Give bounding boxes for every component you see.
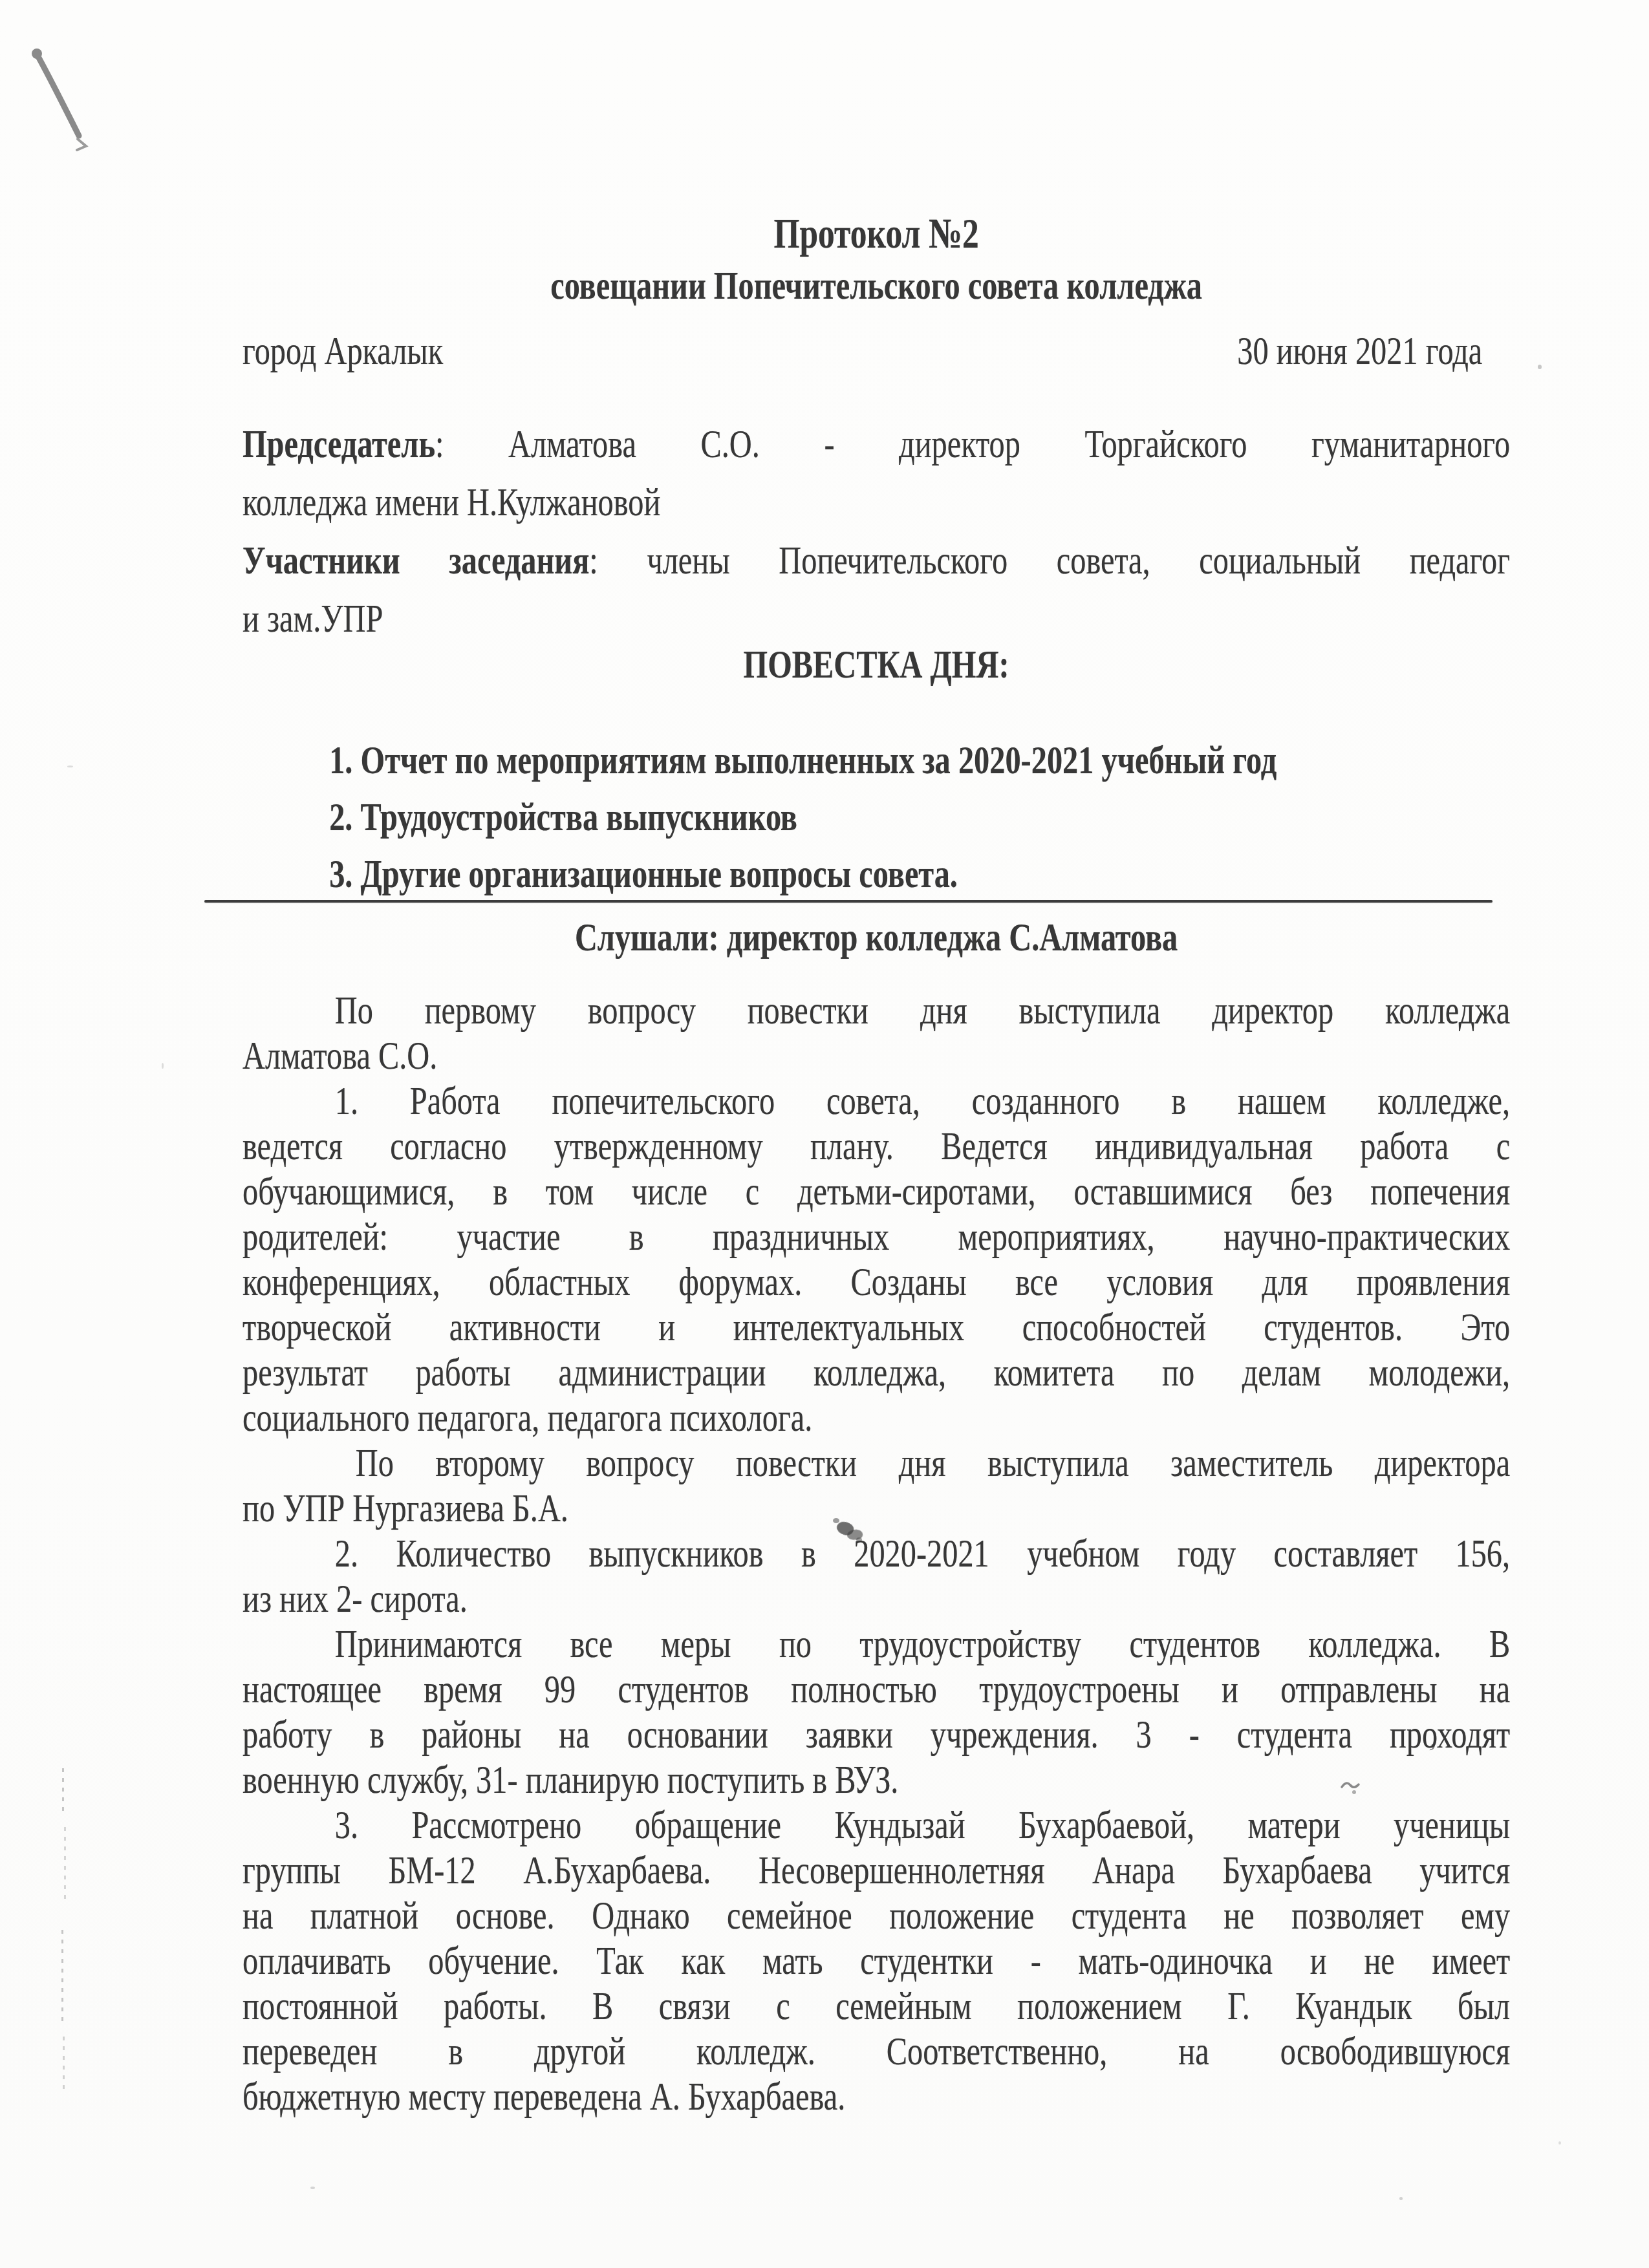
chair-line: Председатель: Алматова С.О. - директор Т… (242, 415, 1510, 473)
body-line: конференциях, областных форумах. Созданы… (242, 1259, 1510, 1305)
body-line: творческой активности и интелектуальных … (242, 1305, 1510, 1350)
chair-line-2: колледжа имени Н.Кулжановой (242, 473, 1510, 531)
scan-speck (67, 765, 73, 767)
agenda-item: 2. Трудоустройства выпускников (242, 789, 1510, 846)
body-line: 3. Рассмотрено обращение Кундызай Бухарб… (242, 1803, 1510, 1848)
body-text: По первому вопросу повестки дня выступил… (242, 988, 1510, 2119)
body-line: социального педагога, педагога психолога… (242, 1395, 1510, 1440)
city-date-row: город Аркалык 30 июня 2021 года (242, 328, 1510, 374)
agenda-list: 1. Отчет по мероприятиям выполненных за … (242, 732, 1510, 903)
participants-text: : члены Попечительского совета, социальн… (589, 539, 1510, 583)
scan-speck (1558, 2141, 1561, 2145)
body-line: Принимаются все меры по трудоустройству … (242, 1621, 1510, 1667)
scanned-document-page: ’ Протокол №2 совещании Попечительского … (0, 0, 1649, 2268)
body-line: группы БМ-12 А.Бухарбаева. Несовершеннол… (242, 1848, 1510, 1893)
body-line: результат работы администрации колледжа,… (242, 1350, 1510, 1395)
date-label: 30 июня 2021 года (1237, 328, 1510, 374)
body-line: работу в районы на основании заявки учре… (242, 1712, 1510, 1757)
body-line: 2. Количество выпускников в 2020-2021 уч… (242, 1531, 1510, 1576)
body-line: военную службу, 31- планирую поступить в… (242, 1757, 1510, 1803)
body-line: Алматова С.О. (242, 1033, 1510, 1078)
scan-streak (64, 1827, 66, 1905)
document-content: Протокол №2 совещании Попечительского со… (242, 0, 1510, 2268)
scan-streak (61, 1930, 63, 2027)
chair-text: : Алматова С.О. - директор Торгайского г… (435, 422, 1510, 466)
body-line: ведется согласно утвержденному плану. Ве… (242, 1124, 1510, 1169)
body-line: по УПР Нургазиева Б.А. (242, 1486, 1510, 1531)
agenda-item: 1. Отчет по мероприятиям выполненных за … (242, 732, 1510, 789)
body-line: обучающимися, в том числе с детьми-сирот… (242, 1169, 1510, 1214)
scan-streak (63, 2037, 65, 2092)
body-line: настоящее время 99 студентов полностью т… (242, 1667, 1510, 1712)
listened-heading: Слушали: директор колледжа С.Алматова (242, 913, 1510, 962)
body-line: По второму вопросу повестки дня выступил… (242, 1440, 1510, 1486)
document-title: Протокол №2 (242, 208, 1510, 260)
participants-line: Участники заседания: члены Попечительско… (242, 531, 1510, 590)
document-subtitle: совещании Попечительского совета колледж… (242, 260, 1510, 312)
body-line: постоянной работы. В связи с семейным по… (242, 1984, 1510, 2029)
scan-streak (62, 1768, 64, 1811)
body-line: По первому вопросу повестки дня выступил… (242, 988, 1510, 1033)
scan-speck (162, 1063, 164, 1069)
body-line: оплачивать обучение. Так как мать студен… (242, 1938, 1510, 1984)
city-label: город Аркалык (242, 328, 443, 374)
body-line: родителей: участие в праздничных меропри… (242, 1214, 1510, 1259)
participants-label: Участники заседания (242, 539, 589, 583)
body-line: переведен в другой колледж. Соответствен… (242, 2029, 1510, 2074)
body-line: 1. Работа попечительского совета, создан… (242, 1078, 1510, 1124)
scan-speck (1538, 365, 1542, 369)
agenda-heading: ПОВЕСТКА ДНЯ: (242, 639, 1510, 690)
pen-mark (26, 40, 103, 160)
body-line: из них 2- сирота. (242, 1576, 1510, 1621)
body-line: на платной основе. Однако семейное полож… (242, 1893, 1510, 1938)
body-line: бюджетную месту переведена А. Бухарбаева… (242, 2074, 1510, 2119)
participants-block: Председатель: Алматова С.О. - директор Т… (242, 415, 1510, 648)
agenda-item: 3. Другие организационные вопросы совета… (242, 846, 1510, 903)
chair-label: Председатель (242, 422, 435, 466)
